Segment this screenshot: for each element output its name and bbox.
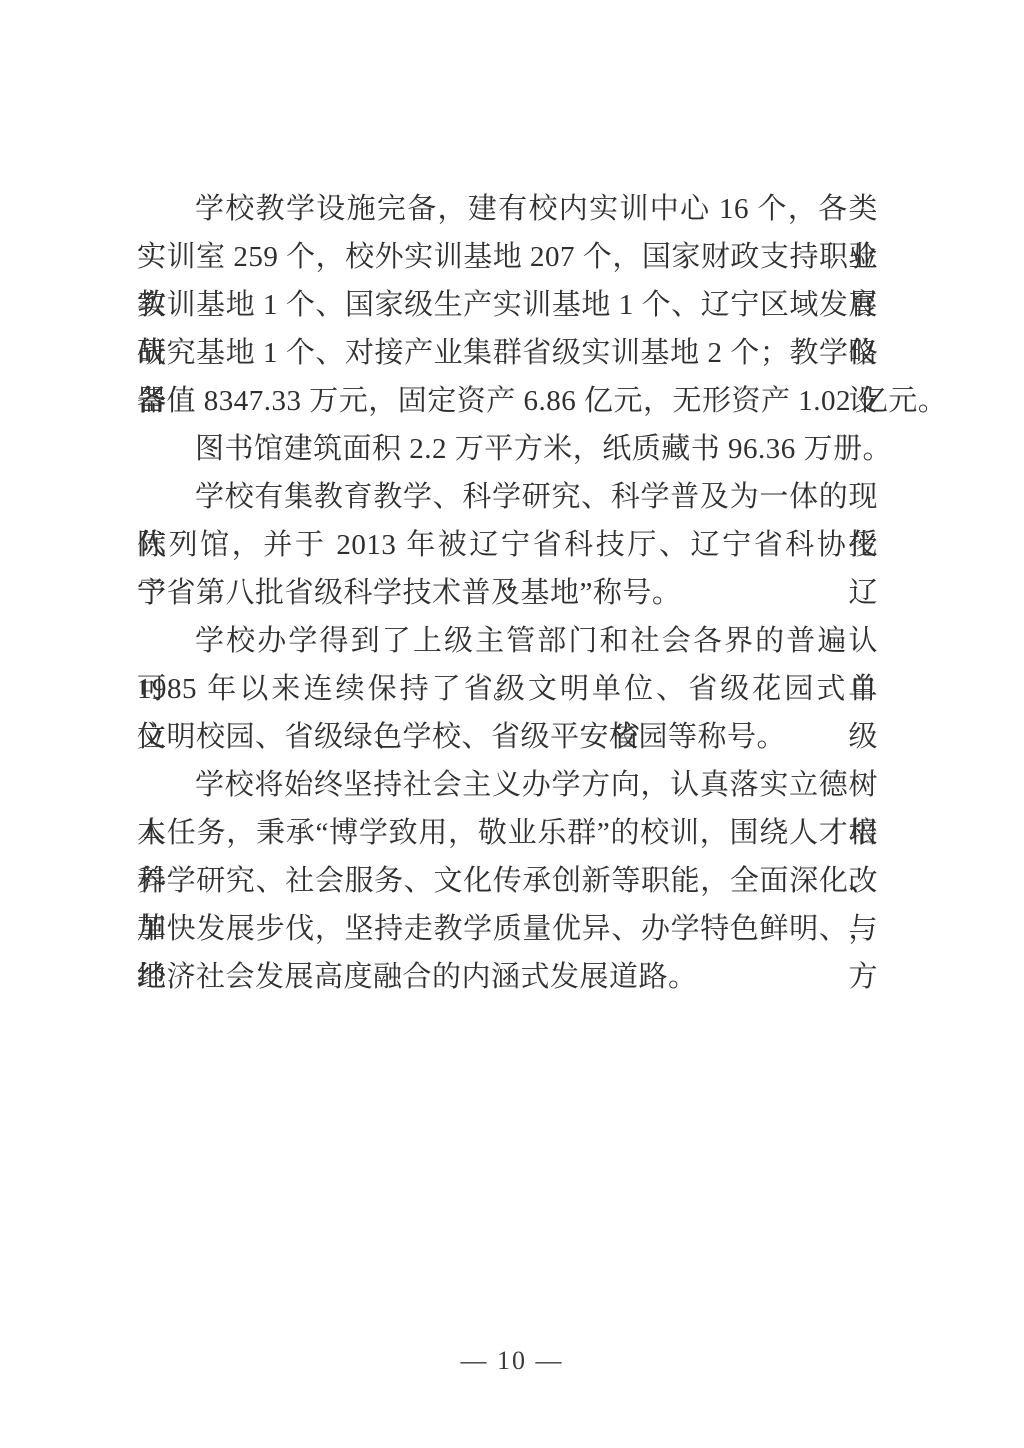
text-line: 科学研究、社会服务、文化传承创新等职能，全面深化改革，	[137, 857, 878, 905]
text-line: 备值 8347.33 万元，固定资产 6.86 亿元，无形资产 1.02 亿元。	[137, 377, 878, 425]
document-page: 学校教学设施完备，建有校内实训中心 16 个，各类实验 实训室 259 个，校外…	[0, 0, 1024, 1448]
text-line: 学校有集教育教学、科学研究、科学普及为一体的现代化	[137, 473, 878, 521]
text-line: 实训基地 1 个、国家级生产实训基地 1 个、辽宁区域发展战略	[137, 281, 878, 329]
text-line: 1985 年以来连续保持了省级文明单位、省级花园式单位、省级	[137, 665, 878, 713]
text-line: 图书馆建筑面积 2.2 万平方米，纸质藏书 96.36 万册。	[137, 425, 878, 473]
text-line: 学校将始终坚持社会主义办学方向，认真落实立德树人根	[137, 761, 878, 809]
page-number: — 10 —	[461, 1346, 564, 1375]
body-text: 学校教学设施完备，建有校内实训中心 16 个，各类实验 实训室 259 个，校外…	[137, 185, 878, 1001]
text-line: 学校教学设施完备，建有校内实训中心 16 个，各类实验	[137, 185, 878, 233]
text-line: 学校办学得到了上级主管部门和社会各界的普遍认可。自	[137, 617, 878, 665]
text-line: 本任务，秉承“博学致用，敬业乐群”的校训，围绕人才培养、	[137, 809, 878, 857]
text-line: 实训室 259 个，校外实训基地 207 个，国家财政支持职业教育	[137, 233, 878, 281]
page-footer: — 10 —	[0, 1344, 1024, 1378]
text-line: 研究基地 1 个、对接产业集群省级实训基地 2 个；教学仪器设	[137, 329, 878, 377]
paragraph-facilities: 学校教学设施完备，建有校内实训中心 16 个，各类实验 实训室 259 个，校外…	[137, 185, 878, 425]
paragraph-mission: 学校将始终坚持社会主义办学方向，认真落实立德树人根 本任务，秉承“博学致用，敬业…	[137, 761, 878, 1001]
text-line: 加快发展步伐，坚持走教学质量优异、办学特色鲜明、与地方	[137, 905, 878, 953]
paragraph-honors: 学校办学得到了上级主管部门和社会各界的普遍认可。自 1985 年以来连续保持了省…	[137, 617, 878, 761]
text-line: 陈列馆，并于 2013 年被辽宁省科技厅、辽宁省科协授予“辽	[137, 521, 878, 569]
paragraph-exhibition-hall: 学校有集教育教学、科学研究、科学普及为一体的现代化 陈列馆，并于 2013 年被…	[137, 473, 878, 617]
text-line: 文明校园、省级绿色学校、省级平安校园等称号。	[137, 713, 878, 761]
paragraph-library: 图书馆建筑面积 2.2 万平方米，纸质藏书 96.36 万册。	[137, 425, 878, 473]
